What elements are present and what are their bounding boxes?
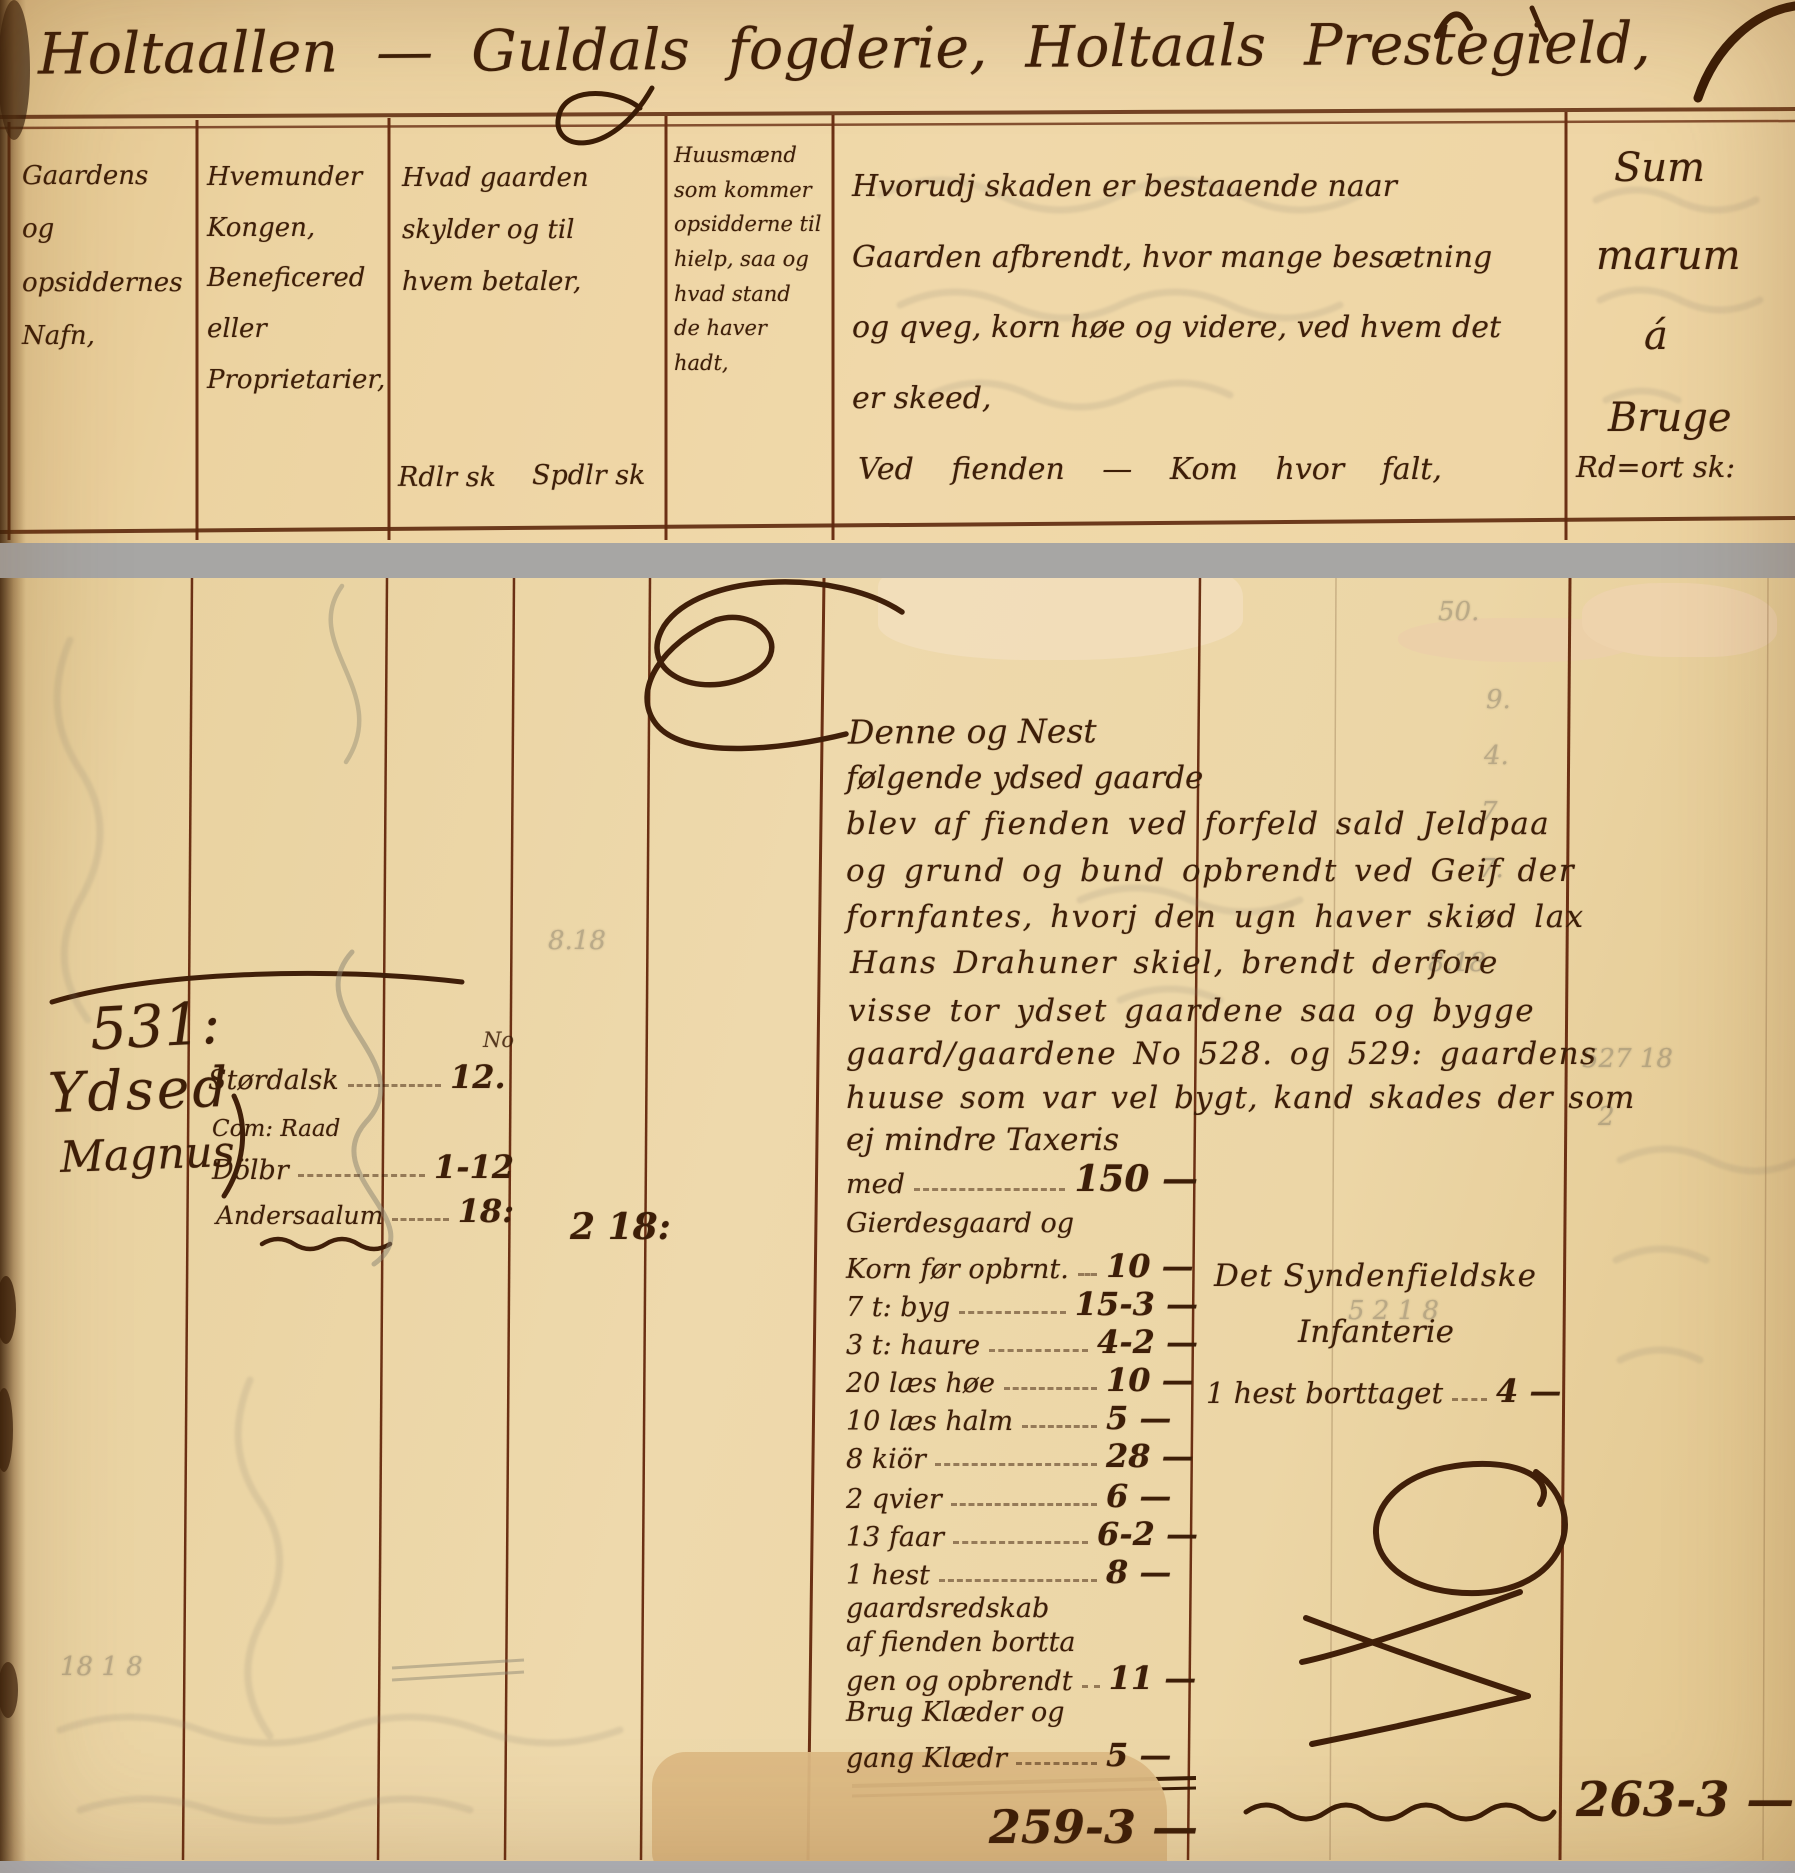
bleedthrough-figure: 9.	[1486, 685, 1511, 715]
valuation-row: med 150 —	[846, 1158, 1198, 1200]
dash-leader	[939, 1579, 1097, 1582]
summarum-line: á	[1644, 316, 1776, 356]
scan-bottom-strip	[0, 1861, 1795, 1873]
bleedthrough-figure: 8.18	[548, 926, 606, 956]
valuation-row: gaardsredskab	[846, 1593, 1198, 1624]
valuation-item-label: gaardsredskab	[846, 1593, 1049, 1624]
dash-leader	[935, 1463, 1097, 1466]
military-note-line: Infanterie	[1298, 1314, 1454, 1350]
money-unit-label: Rdlr sk	[398, 462, 496, 493]
valuation-row: Korn før opbrnt. 10 —	[846, 1247, 1198, 1285]
valuation-item-label: 20 læs høe	[846, 1368, 995, 1399]
valuation-row: Brug Klæder og	[846, 1697, 1198, 1728]
dues-amount: 1-12	[434, 1148, 514, 1186]
valuation-row: 13 faar 6-2 —	[846, 1515, 1198, 1553]
dash-leader	[951, 1503, 1097, 1506]
valuation-item-value: 28 —	[1106, 1437, 1198, 1475]
dues-row: Dölbr 1-12	[212, 1148, 514, 1186]
scan-separator-band	[0, 543, 1795, 578]
valuation-item-value: 5 —	[1106, 1399, 1198, 1437]
dues-row: Størdalsk 12.	[208, 1058, 514, 1096]
valuation-item-value: 10 —	[1106, 1247, 1198, 1285]
dash-leader	[959, 1311, 1066, 1314]
dash-leader	[1004, 1387, 1097, 1390]
valuation-item-label: Gierdesgaard og	[846, 1208, 1074, 1239]
record-number: 531:	[88, 989, 222, 1064]
military-item-label: 1 hest borttaget	[1206, 1376, 1443, 1410]
dash-leader	[989, 1349, 1088, 1352]
header-column-damage-description: Hvorudj skaden er bestaaende naar Gaarde…	[852, 152, 1512, 434]
valuation-row: 1 hest 8 —	[846, 1553, 1198, 1591]
narrative-line: Hans Drahuner skiel, brendt derfore	[850, 945, 1499, 981]
valuation-row: 8 kiör 28 —	[846, 1437, 1198, 1475]
valuation-row: gang Klædr 5 —	[846, 1736, 1198, 1774]
valuation-subtotal: 259-3 —	[846, 1800, 1198, 1854]
dash-leader	[1078, 1273, 1097, 1276]
header-column-farm-name: Gaardens og opsiddernes Nafn,	[22, 150, 180, 363]
valuation-row: af fienden bortta	[846, 1627, 1198, 1658]
valuation-item-value: 10 —	[1106, 1361, 1198, 1399]
valuation-item-label: 10 læs halm	[846, 1406, 1013, 1437]
summarum-line: marum	[1596, 236, 1776, 276]
valuation-item-label: 8 kiör	[846, 1444, 926, 1475]
summarum-line: Bruge	[1608, 398, 1776, 438]
valuation-item-label: 1 hest	[846, 1560, 930, 1591]
narrative-line: ej mindre Taxeris	[846, 1122, 1119, 1158]
money-unit-label: Spdlr sk	[532, 460, 645, 491]
dash-leader	[348, 1084, 441, 1087]
narrative-line: huuse som var vel bygt, kand skades der …	[846, 1080, 1635, 1116]
retouch-patch	[878, 575, 1243, 660]
dues-row: Andersaalum 18:	[216, 1192, 514, 1230]
valuation-row: 7 t: byg 15-3 —	[846, 1285, 1198, 1323]
dash-leader	[1016, 1762, 1097, 1765]
narrative-line: blev af fienden ved forfeld sald Jeldpaa	[846, 806, 1550, 842]
dash-leader	[953, 1541, 1088, 1544]
valuation-item-label: 2 qvier	[846, 1484, 942, 1515]
occupant-name: Magnus	[59, 1127, 235, 1183]
narrative-line: gaard/gaardene No 528. og 529: gaardens	[846, 1036, 1597, 1072]
valuation-item-label: med	[846, 1169, 905, 1200]
valuation-item-value: 6-2 —	[1097, 1515, 1198, 1553]
valuation-item-label: Brug Klæder og	[846, 1697, 1064, 1728]
dues-creditor: Størdalsk	[208, 1065, 339, 1096]
header-column-land-dues: Hvad gaarden skylder og til hvem betaler…	[402, 152, 640, 308]
book-spine-edge	[0, 0, 26, 1873]
military-note-line: Det Syndenfieldske	[1214, 1258, 1537, 1294]
valuation-item-value: 6 —	[1106, 1477, 1198, 1515]
narrative-line: fornfantes, hvorj den ugn haver skiød la…	[846, 899, 1585, 935]
valuation-item-label: gang Klædr	[846, 1743, 1007, 1774]
valuation-item-value: 4-2 —	[1097, 1323, 1198, 1361]
summarum-line: Sum	[1614, 148, 1776, 188]
valuation-item-value: 150 —	[1074, 1158, 1198, 1200]
bleedthrough-figure: 18 1 8	[60, 1652, 143, 1682]
dues-creditor: Andersaalum	[216, 1201, 383, 1230]
dash-leader	[1022, 1425, 1097, 1428]
valuation-row: 2 qvier 6 —	[846, 1477, 1198, 1515]
valuation-item-value: 5 —	[1106, 1736, 1198, 1774]
narrative-line: følgende ydsed gaarde	[846, 760, 1203, 796]
dash-leader	[914, 1188, 1065, 1191]
valuation-item-label: af fienden bortta	[846, 1627, 1076, 1658]
dash-leader	[1082, 1685, 1100, 1688]
header-column-cotters: Huusmænd som kommer opsidderne til hielp…	[674, 138, 822, 380]
dues-total: 2 18:	[570, 1206, 671, 1248]
valuation-row: gen og opbrendt 11 —	[846, 1659, 1198, 1697]
military-item-row: 1 hest borttaget 4 —	[1206, 1372, 1566, 1410]
dash-leader	[1452, 1398, 1487, 1401]
valuation-row: 10 læs halm 5 —	[846, 1399, 1198, 1437]
military-item-value: 4 —	[1496, 1372, 1566, 1410]
dues-creditor: Dölbr	[212, 1155, 289, 1186]
manuscript-page: Holtaallen — Guldals fogderie, Holtaals …	[0, 0, 1795, 1873]
valuation-item-label: 7 t: byg	[846, 1292, 950, 1323]
valuation-item-value: 15-3 —	[1075, 1285, 1198, 1323]
sum-unit-label: Rd=ort sk:	[1576, 450, 1735, 484]
valuation-item-label: gen og opbrendt	[846, 1666, 1073, 1697]
bleedthrough-figure: 50.	[1438, 597, 1479, 627]
narrative-line: Denne og Nest	[848, 711, 1097, 751]
valuation-item-value: 11 —	[1109, 1659, 1201, 1697]
valuation-item-label: 3 t: haure	[846, 1330, 980, 1361]
dues-amount: 12.	[450, 1058, 514, 1096]
dash-leader	[392, 1218, 448, 1221]
valuation-row: 3 t: haure 4-2 —	[846, 1323, 1198, 1361]
damage-subheader: Ved fienden — Kom hvor falt,	[858, 452, 1442, 487]
dash-leader	[298, 1174, 425, 1177]
farm-name: Ydsed	[47, 1055, 232, 1125]
grand-total: 263-3 —	[1576, 1772, 1794, 1828]
page-title: Holtaallen — Guldals fogderie, Holtaals …	[38, 10, 1651, 87]
header-column-ownership: Hvemunder Kongen, Beneficered eller Prop…	[207, 152, 373, 405]
dues-amount: 18:	[458, 1192, 514, 1230]
narrative-line: og grund og bund opbrendt ved Geif der	[846, 853, 1575, 889]
dues-creditor: Com: Raad	[212, 1116, 340, 1142]
valuation-item-label: 13 faar	[846, 1522, 944, 1553]
dues-row: Com: Raad	[212, 1116, 518, 1142]
valuation-item-value: 8 —	[1106, 1553, 1198, 1591]
retouch-patch	[1582, 583, 1777, 657]
dues-no-mark: No	[483, 1028, 514, 1052]
valuation-item-label: Korn før opbrnt.	[846, 1254, 1069, 1285]
valuation-row: 20 læs høe 10 —	[846, 1361, 1198, 1399]
valuation-row: Gierdesgaard og	[846, 1208, 1198, 1239]
header-column-summarum: Sum marum á Bruge	[1596, 148, 1776, 438]
narrative-line: visse tor ydset gaardene saa og bygge	[848, 993, 1535, 1029]
bleedthrough-figure: 4.	[1484, 741, 1509, 771]
